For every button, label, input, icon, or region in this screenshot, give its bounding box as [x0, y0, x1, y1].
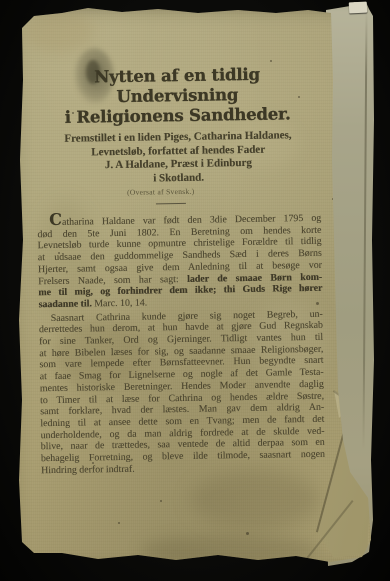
paragraph: Saasnart Cathrina kunde gjøre sig noget …: [39, 308, 326, 476]
paragraph: Catharina Haldane var født den 3die Dece…: [37, 210, 322, 311]
page-title-line-2: i Religionens Sandheder.: [35, 104, 319, 128]
foxing-speck: [160, 500, 162, 502]
divider-rule: [156, 203, 186, 204]
body-text-segment: Hindring derfor indtraf.: [41, 464, 135, 476]
foxing-speck: [270, 60, 272, 62]
stain: [140, 535, 320, 565]
foxing-speck: [246, 532, 249, 535]
stain: [190, 470, 320, 530]
body-text: Catharina Haldane var født den 3die Dece…: [37, 210, 325, 477]
translation-note: (Oversat af Svensk.): [19, 185, 303, 199]
scan-background: Nytten af en tidlig Undervisning i Relig…: [0, 0, 390, 581]
paper-page: Nytten af en tidlig Undervisning i Relig…: [0, 0, 390, 581]
paper-tab: [349, 2, 368, 14]
stain: [24, 12, 94, 52]
page-seam-line: [362, 10, 367, 450]
page-content: Nytten af en tidlig Undervisning i Relig…: [35, 64, 325, 477]
page-title-line-1: Nytten af en tidlig Undervisning: [35, 64, 320, 108]
foxing-speck: [118, 522, 120, 524]
scripture-quote-text: saadanne til.: [38, 298, 91, 310]
body-text-segment: Marc. 10, 14.: [92, 297, 148, 309]
